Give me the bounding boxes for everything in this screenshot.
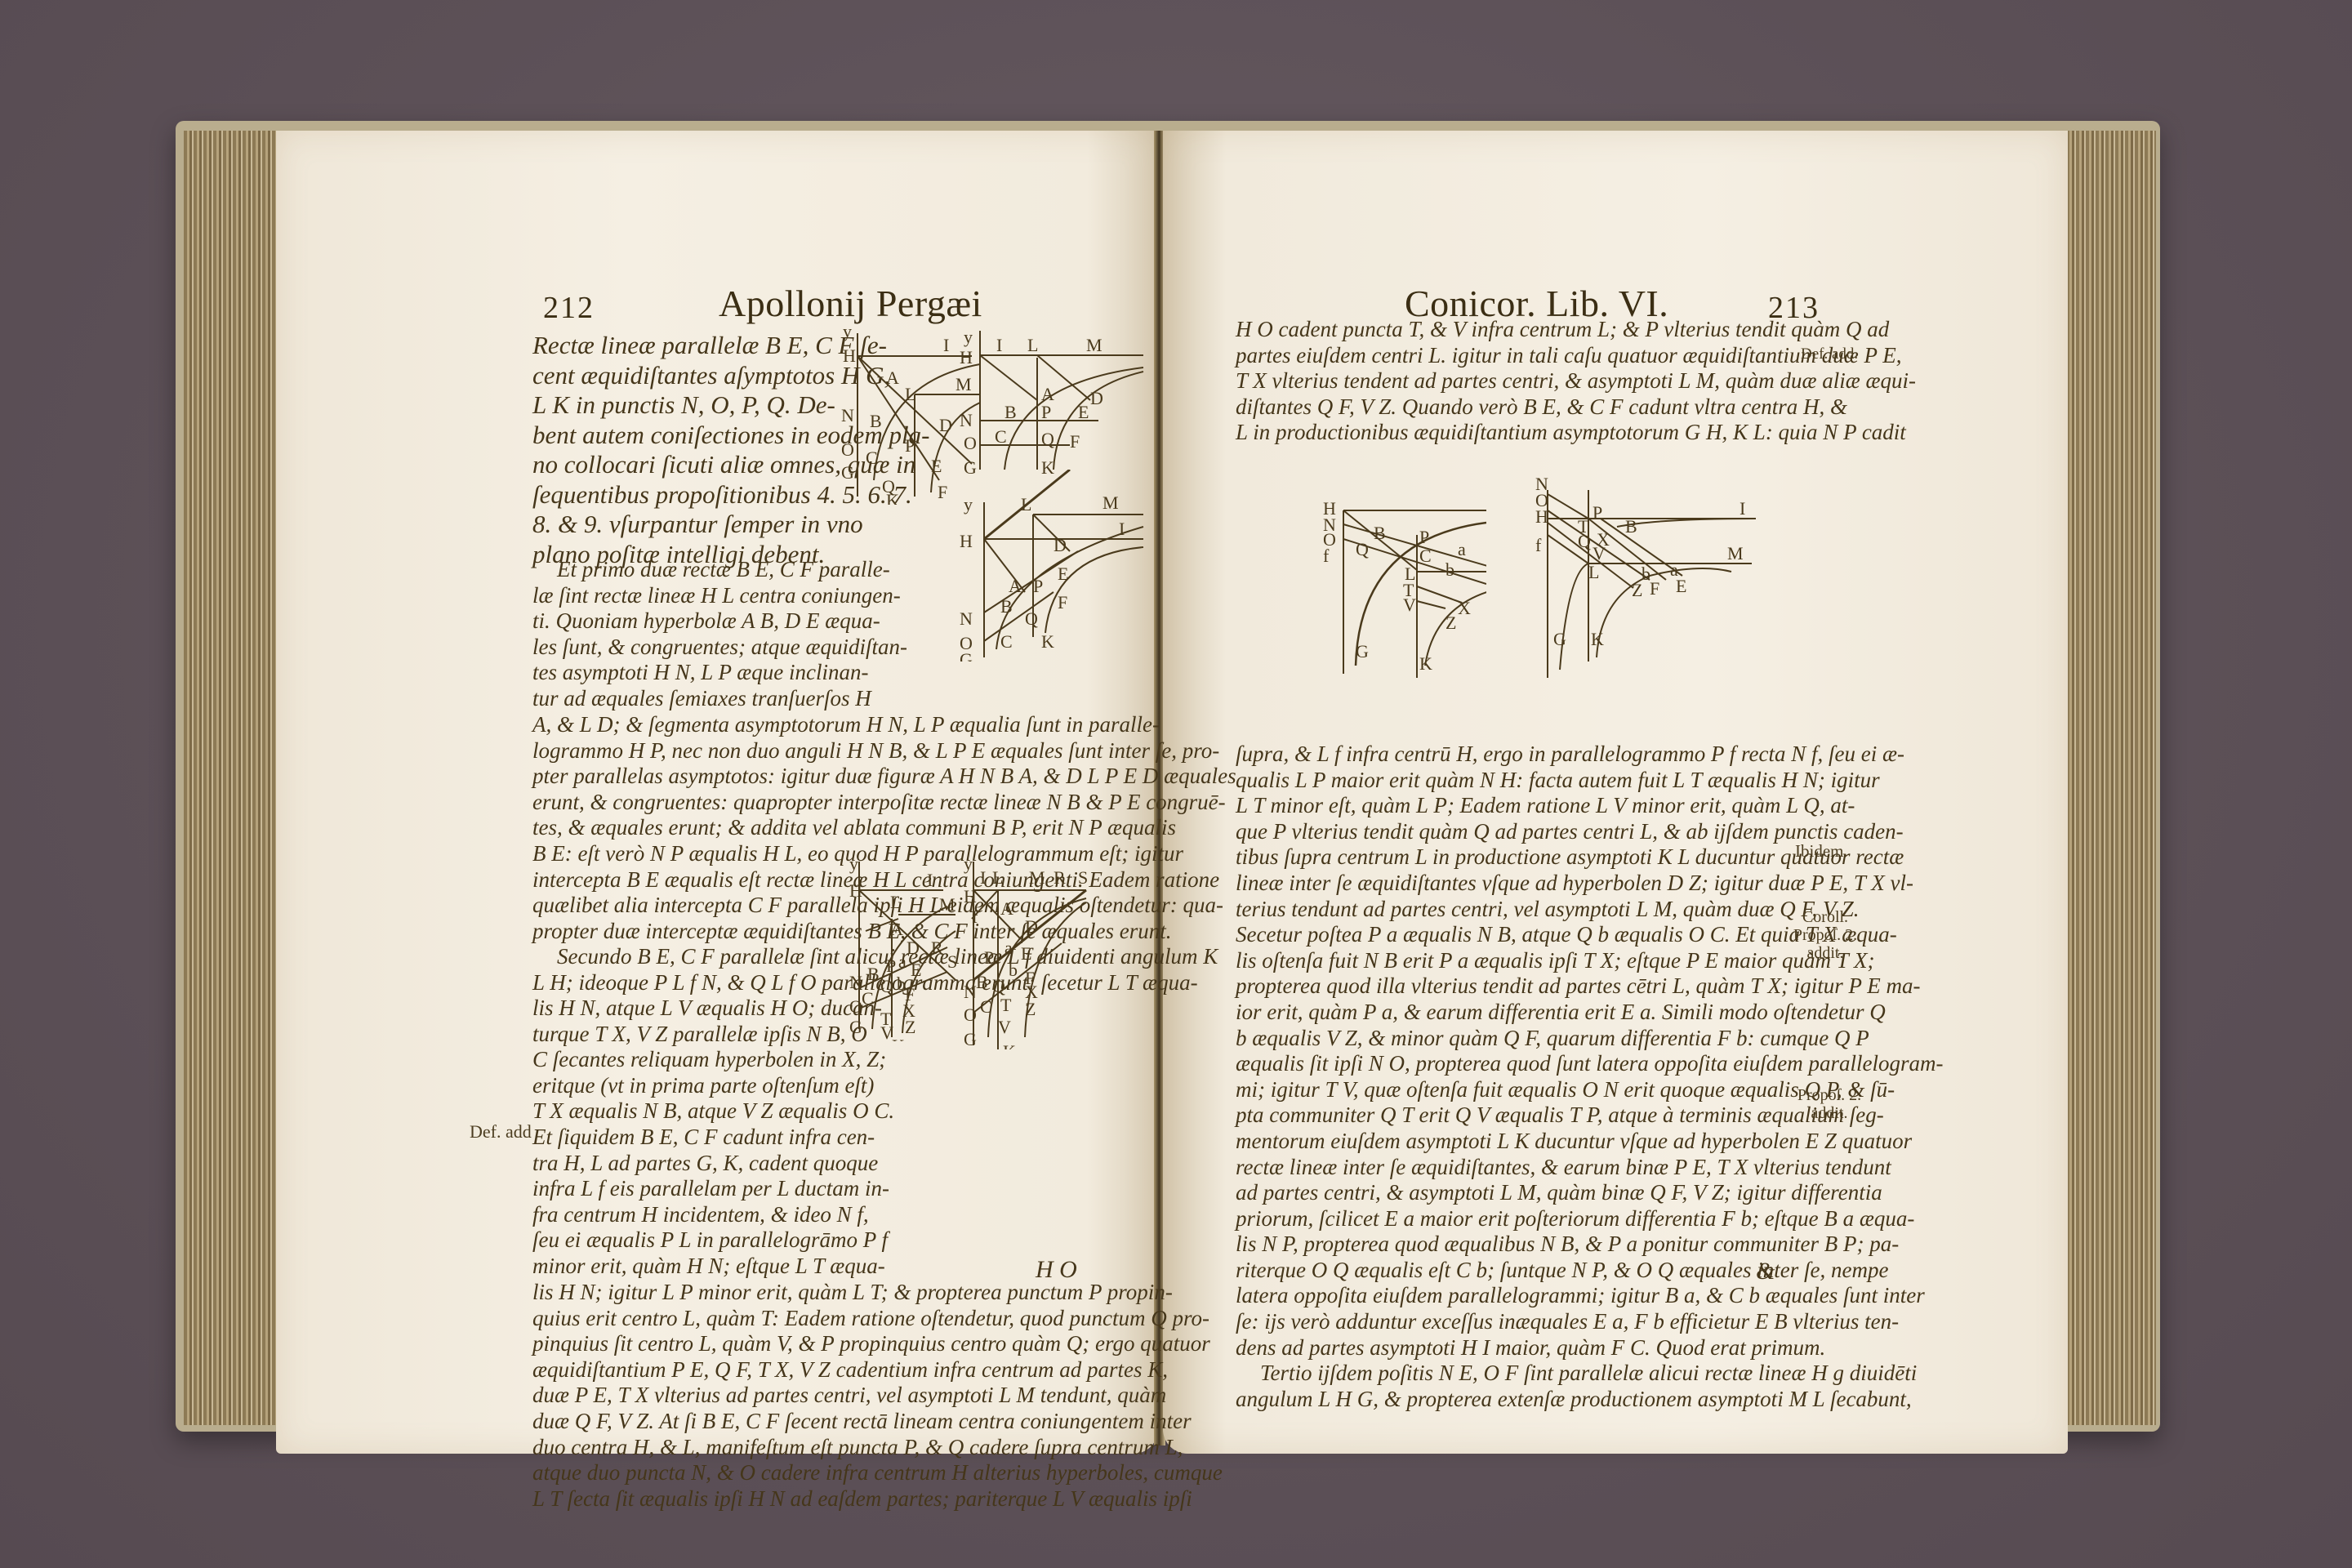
svg-text:M: M — [1102, 492, 1119, 513]
text-line: pinquius ſit centro L, quàm V, & P propi… — [532, 1331, 1223, 1357]
svg-text:C: C — [1419, 546, 1432, 566]
svg-text:C: C — [862, 988, 874, 1009]
margin-note-ibidem: Ibidem. — [1795, 842, 1848, 860]
svg-text:b: b — [1445, 559, 1454, 580]
right-fore-edge — [2066, 131, 2156, 1425]
left-catchword: H O — [1036, 1256, 1077, 1284]
text-line: T X æqualis N B, atque V Z æqualis O C. — [532, 1098, 894, 1125]
text-line: priorum, ſcilicet E a maior erit poſteri… — [1236, 1206, 1943, 1232]
figure-2-hyperbola-diagram: yHI LMA DNB PEO CQF GK — [955, 327, 1151, 474]
svg-text:N: N — [964, 982, 977, 1002]
svg-text:Z: Z — [905, 1017, 915, 1037]
svg-text:Q: Q — [1025, 608, 1038, 629]
text-line: les ſunt, & congruentes; atque æquidiſta… — [532, 635, 907, 661]
svg-text:A: A — [1000, 898, 1013, 919]
svg-text:H: H — [849, 880, 862, 901]
text-line: turque T X, V Z parallelæ ipſis N B, O — [532, 1022, 894, 1048]
svg-text:a: a — [898, 951, 906, 972]
svg-text:H: H — [1535, 506, 1548, 527]
text-line: T X vlterius tendent ad partes centri, &… — [1236, 368, 1916, 394]
svg-text:F: F — [1070, 431, 1080, 452]
text-line: A, & L D; & ſegmenta asymptotorum H N, L… — [532, 712, 1236, 738]
text-line: æqualis ſit ipſi N O, propterea quod ſun… — [1236, 1051, 1943, 1077]
left-narrow-column-2: lis H N, atque L V æqualis H O; ducan-tu… — [532, 996, 894, 1280]
svg-text:F: F — [938, 482, 947, 502]
left-wide-column-2: lis H N; igitur L P minor erit, quàm L T… — [532, 1280, 1223, 1512]
svg-text:D: D — [1090, 388, 1103, 408]
svg-text:T: T — [1000, 995, 1012, 1015]
text-line: duo centra H, & L, manifeſtum eſt puncta… — [532, 1435, 1223, 1461]
svg-text:B: B — [1625, 516, 1637, 537]
svg-text:I: I — [943, 335, 949, 355]
svg-text:P: P — [1419, 527, 1429, 547]
figure-4-hyperbola-diagram: yHI LMA DRS NBP aEO CQb FGT XVZ K — [849, 857, 960, 1041]
svg-text:G: G — [964, 1029, 977, 1049]
svg-text:N: N — [960, 608, 973, 629]
svg-text:E: E — [1078, 402, 1089, 422]
figure-6-svg: HIN OfB PQC abM LTV ZFE XGK — [1323, 474, 1486, 678]
svg-text:B: B — [867, 964, 880, 984]
figure-5-svg: yIL MRS HfA DPa EBb FNQ XOC TZV GK — [964, 857, 1151, 1049]
svg-text:y: y — [843, 321, 852, 341]
figure-2-svg: yHI LMA DNB PEO CQF GK — [955, 327, 1151, 474]
text-line: duæ P E, T X vlterius ad partes centri, … — [532, 1383, 1223, 1409]
margin-note-propos-line-1: Propoſ. 2. — [1797, 1086, 1862, 1104]
margin-note-propos-2: Propoſ. 2. addit. — [1797, 1086, 1862, 1122]
text-line: 8. & 9. vſurpantur ſemper in vno — [532, 510, 929, 540]
svg-text:E: E — [931, 456, 942, 476]
svg-text:L: L — [1027, 335, 1038, 355]
svg-text:R: R — [1053, 867, 1066, 888]
text-line: dens ad partes asymptoti H I maior, quàm… — [1236, 1335, 1943, 1361]
svg-text:L: L — [1021, 494, 1031, 514]
text-line: L in productionibus æquidiſtantium asymp… — [1236, 420, 1916, 446]
svg-text:y: y — [964, 857, 973, 874]
text-line: lis H N; igitur L P minor erit, quàm L T… — [532, 1280, 1223, 1306]
text-line: tur ad æquales ſemiaxes tranſuerſos H — [532, 686, 907, 712]
margin-note-coroll-line-1: Coroll. — [1788, 908, 1862, 926]
text-line: H O cadent puncta T, & V infra centrum L… — [1236, 317, 1916, 343]
text-line: fra centrum H incidentem, & ideo N f, — [532, 1202, 894, 1228]
svg-text:X: X — [1458, 598, 1471, 618]
text-line: læ ſint rectæ lineæ H L centra coniungen… — [532, 583, 907, 609]
text-line: latera oppoſita eiuſdem parallelogrammi;… — [1236, 1283, 1943, 1309]
svg-text:E: E — [1021, 943, 1031, 964]
svg-text:V: V — [998, 1017, 1011, 1037]
figure-3-svg: yLM HID AEP BFN QOC KG — [955, 470, 1151, 661]
text-line: tra H, L ad partes G, K, cadent quoque — [532, 1151, 894, 1177]
svg-text:f: f — [1323, 546, 1330, 566]
svg-text:M: M — [939, 894, 955, 915]
svg-text:P: P — [984, 947, 994, 968]
svg-text:K: K — [1419, 653, 1432, 674]
svg-text:H: H — [964, 886, 977, 906]
svg-text:I: I — [980, 867, 986, 888]
margin-note-propos-line-2: addit. — [1797, 1104, 1862, 1122]
svg-text:C: C — [866, 448, 878, 468]
svg-text:P: P — [905, 435, 915, 456]
text-line: pter parallelas asymptotos: igitur duæ f… — [532, 764, 1236, 790]
text-line: ad partes centri, & asymptoti L M, quàm … — [1236, 1180, 1943, 1206]
svg-text:L: L — [905, 384, 915, 404]
svg-text:A: A — [886, 367, 899, 388]
svg-text:V: V — [1592, 543, 1606, 563]
svg-text:F: F — [1058, 592, 1067, 612]
svg-text:E: E — [1058, 563, 1068, 584]
svg-text:R: R — [931, 938, 943, 958]
svg-text:G: G — [960, 649, 973, 661]
svg-text:A: A — [1009, 576, 1022, 596]
svg-text:y: y — [964, 327, 973, 347]
svg-text:P: P — [1041, 402, 1051, 422]
svg-text:D: D — [1053, 535, 1067, 555]
text-line: ſupra, & L f infra centrū H, ergo in par… — [1236, 742, 1943, 768]
svg-text:Q: Q — [1041, 429, 1054, 449]
left-narrow-column-1: Et primo duæ rectæ B E, C F paralle-læ ſ… — [532, 557, 907, 712]
svg-text:K: K — [1591, 629, 1604, 649]
text-line: ior erit, quàm P a, & earum differentia … — [1236, 1000, 1943, 1026]
text-line: ti. Quoniam hyperbolæ A B, D E æqua- — [532, 608, 907, 635]
svg-text:O: O — [841, 439, 854, 460]
text-line: infra L f eis parallelam per L ductam in… — [532, 1176, 894, 1202]
svg-text:B: B — [1374, 523, 1386, 543]
margin-note-coroll-line-3: addit. — [1788, 944, 1862, 962]
svg-text:B: B — [1004, 402, 1017, 422]
svg-text:N: N — [849, 972, 862, 992]
svg-text:f: f — [1535, 535, 1542, 555]
text-line: propterea quod illa vlterius tendit ad p… — [1236, 973, 1943, 1000]
text-line: lineæ inter ſe æquidiſtantes vſque ad hy… — [1236, 871, 1943, 897]
svg-text:B: B — [870, 411, 882, 431]
svg-text:a: a — [1458, 539, 1466, 559]
svg-text:D: D — [939, 415, 952, 435]
svg-text:C: C — [980, 996, 992, 1017]
svg-text:L: L — [992, 867, 1003, 888]
text-line: riterque O Q æqualis eſt C b; ſuntque N … — [1236, 1258, 1943, 1284]
svg-text:F: F — [1650, 578, 1659, 599]
svg-text:H: H — [960, 531, 973, 551]
text-line: Tertio ijſdem poſitis N E, O F ſint para… — [1236, 1361, 1943, 1387]
figure-3-hyperbola-diagram: yLM HID AEP BFN QOC KG — [955, 470, 1151, 661]
text-line: tes, & æquales erunt; & addita vel ablat… — [532, 815, 1236, 841]
text-line: tes asymptoti H N, L P æque inclinan- — [532, 660, 907, 686]
svg-text:Q: Q — [1578, 531, 1591, 551]
margin-note-coroll-line-2: Propoſ. 2. — [1788, 926, 1862, 944]
svg-text:Q: Q — [880, 976, 893, 996]
text-line: Et primo duæ rectæ B E, C F paralle- — [532, 557, 907, 583]
text-line: atque duo puncta N, & O cadere infra cen… — [532, 1460, 1223, 1486]
svg-text:O: O — [964, 433, 977, 453]
text-line: L T ſecta ſit æqualis ipſi H N ad eaſdem… — [532, 1486, 1223, 1512]
figure-7-hyperbola-diagram: NOH PIT BQf XVM Lba ZFE GK — [1535, 474, 1756, 678]
text-line: ſe: ijs verò adduntur exceſſus inæquales… — [1236, 1309, 1943, 1335]
svg-text:G: G — [841, 462, 854, 483]
svg-text:P: P — [886, 955, 896, 976]
text-line: Et ſiquidem B E, C F cadunt infra cen- — [532, 1125, 894, 1151]
svg-text:y: y — [964, 494, 973, 514]
margin-note-def-add: Def. add — [470, 1123, 532, 1141]
text-line: rectæ lineæ inter ſe æquidiſtantes, & ea… — [1236, 1155, 1943, 1181]
svg-text:L: L — [890, 892, 901, 912]
svg-text:I: I — [1739, 498, 1745, 519]
svg-text:C: C — [995, 426, 1007, 447]
svg-text:M: M — [1086, 335, 1102, 355]
text-line: æquidiſtantium P E, Q F, T X, V Z cadent… — [532, 1357, 1223, 1383]
svg-text:M: M — [1727, 543, 1744, 563]
margin-note-coroll-propos-2: Coroll. Propoſ. 2. addit. — [1788, 908, 1862, 962]
svg-text:G: G — [1553, 629, 1566, 649]
svg-text:O: O — [849, 996, 862, 1017]
svg-text:H: H — [843, 345, 856, 366]
text-line: quius erit centro L, quàm T: Eadem ratio… — [532, 1306, 1223, 1332]
svg-text:Z: Z — [1445, 612, 1456, 633]
right-catchword: & — [1756, 1258, 1775, 1285]
svg-text:Q: Q — [992, 976, 1005, 996]
svg-text:S: S — [947, 951, 957, 972]
svg-text:B: B — [1000, 596, 1013, 617]
svg-text:K: K — [1041, 631, 1054, 652]
svg-text:N: N — [841, 405, 854, 425]
text-line: lis H N, atque L V æqualis H O; ducan- — [532, 996, 894, 1022]
svg-text:S: S — [1078, 867, 1088, 888]
svg-text:P: P — [1592, 502, 1602, 523]
svg-text:Z: Z — [1632, 580, 1642, 600]
svg-text:f: f — [972, 906, 978, 927]
svg-text:K: K — [892, 1036, 905, 1041]
svg-text:P: P — [1033, 576, 1043, 596]
text-line: b æqualis V Z, & minor quàm Q F, quarum … — [1236, 1026, 1943, 1052]
svg-text:G: G — [849, 1017, 862, 1037]
svg-text:G: G — [1356, 641, 1369, 661]
svg-text:I: I — [927, 870, 933, 890]
text-line: ſeu ei æqualis P L in parallelogrāmo P f — [532, 1227, 894, 1254]
svg-text:I: I — [996, 335, 1002, 355]
svg-text:M: M — [1029, 867, 1045, 888]
svg-text:B: B — [976, 972, 988, 992]
margin-note-def-add-right: Def. add. — [1801, 345, 1858, 363]
svg-text:E: E — [1676, 576, 1686, 596]
svg-text:L: L — [1588, 562, 1599, 582]
text-line: angulum L H G, & propterea extenſæ produ… — [1236, 1387, 1943, 1413]
svg-text:C: C — [1000, 631, 1013, 652]
text-line: mentorum eiuſdem asymptoti L K ducuntur … — [1236, 1129, 1943, 1155]
text-line: C ſecantes reliquam hyperbolen in X, Z; — [532, 1047, 894, 1073]
figure-6-hyperbola-diagram: HIN OfB PQC abM LTV ZFE XGK — [1323, 474, 1486, 678]
text-line: qualis L P maior erit quàm N H: facta au… — [1236, 768, 1943, 794]
svg-text:Q: Q — [1356, 539, 1369, 559]
text-line: eritque (vt in prima parte oſtenſum eſt) — [532, 1073, 894, 1099]
svg-text:K: K — [886, 490, 899, 505]
svg-text:a: a — [1004, 938, 1013, 958]
svg-text:H: H — [960, 347, 973, 367]
svg-text:O: O — [964, 1004, 977, 1025]
text-line: minor erit, quàm H N; eſtque L T æqua- — [532, 1254, 894, 1280]
right-top-paragraph: H O cadent puncta T, & V infra centrum L… — [1236, 317, 1916, 446]
svg-text:N: N — [960, 410, 973, 430]
figure-5-hyperbola-diagram: yIL MRS HfA DPa EBb FNQ XOC TZV GK — [964, 857, 1151, 1049]
svg-text:Z: Z — [1025, 999, 1036, 1019]
svg-text:b: b — [1009, 960, 1018, 980]
svg-text:I: I — [1119, 519, 1125, 539]
text-line: duæ Q F, V Z. At ſi B E, C F ſecent rect… — [532, 1409, 1223, 1435]
text-line: L T minor eſt, quàm L P; Eadem ratione L… — [1236, 793, 1943, 819]
left-fore-edge — [184, 131, 278, 1425]
text-line: logrammo H P, nec non duo anguli H N B, … — [532, 738, 1236, 764]
svg-text:E: E — [911, 960, 921, 980]
text-line: lis N P, propterea quod æqualibus N B, &… — [1236, 1232, 1943, 1258]
svg-text:V: V — [1403, 595, 1416, 615]
svg-text:A: A — [890, 919, 903, 939]
svg-text:K: K — [1003, 1041, 1016, 1049]
figure-7-svg: NOH PIT BQf XVM Lba ZFE GK — [1535, 474, 1756, 678]
svg-text:D: D — [906, 938, 920, 958]
figure-4-svg: yHI LMA DRS NBP aEO CQb FGT XVZ K — [849, 857, 960, 1041]
svg-text:y: y — [849, 857, 858, 874]
left-page-number: 212 — [543, 290, 595, 326]
text-line: diſtantes Q F, V Z. Quando verò B E, & C… — [1236, 394, 1916, 421]
svg-text:D: D — [1025, 916, 1038, 937]
text-line: erunt, & congruentes: quapropter interpo… — [532, 790, 1236, 816]
